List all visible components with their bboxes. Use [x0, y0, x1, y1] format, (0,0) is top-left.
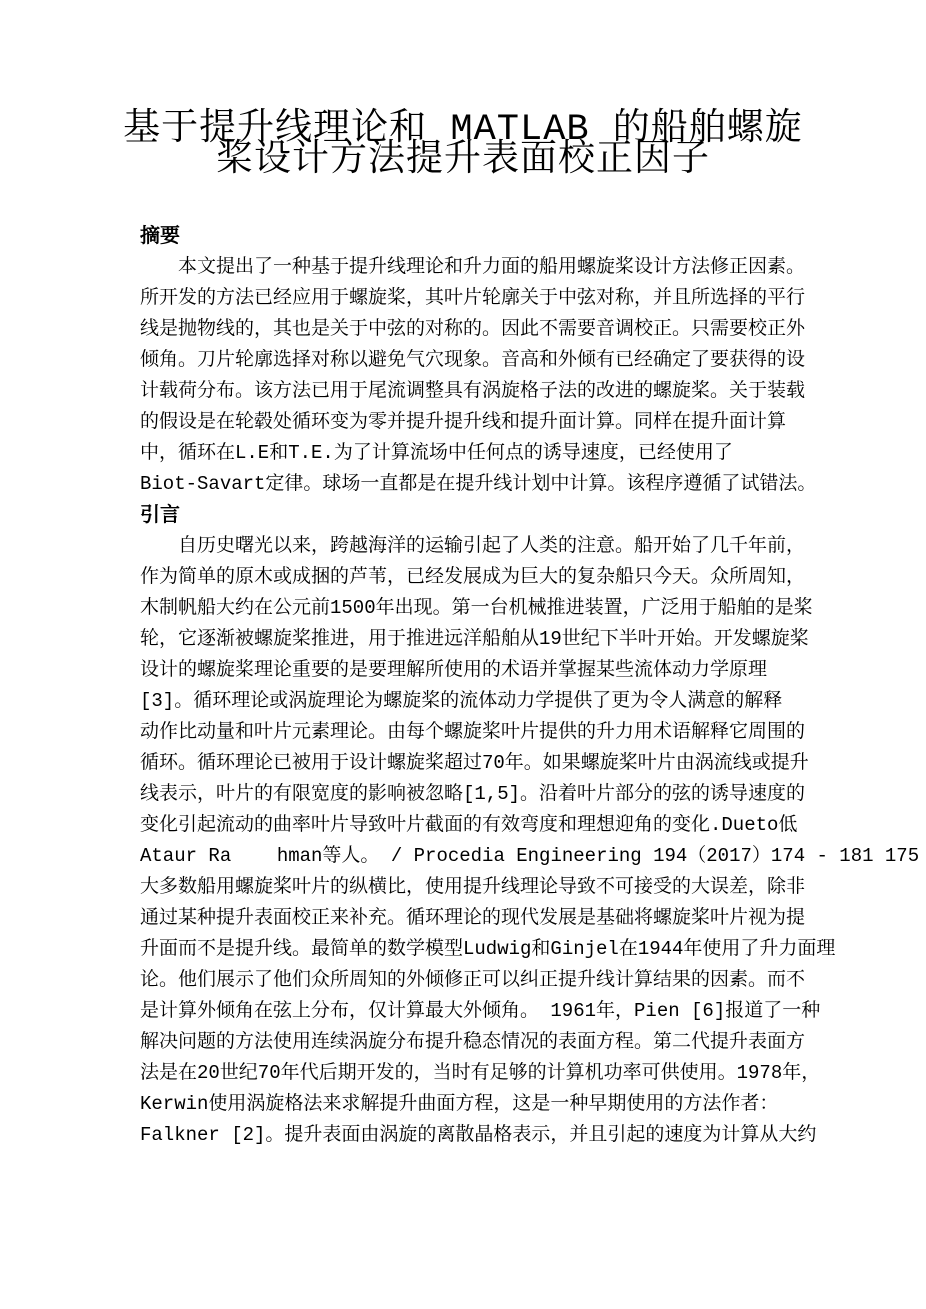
- abstract-line: 中，循环在L.E和T.E.为了计算流场中任何点的诱导速度，已经使用了: [140, 438, 790, 469]
- introduction-line: Ataur Ra hman等人。 / Procedia Engineering …: [140, 841, 790, 872]
- introduction-heading: 引言: [140, 500, 790, 531]
- introduction-line: [3]。循环理论或涡旋理论为螺旋桨的流体动力学提供了更为令人满意的解释: [140, 686, 790, 717]
- introduction-line: 解决问题的方法使用连续涡旋分布提升稳态情况的表面方程。第二代提升表面方: [140, 1027, 790, 1058]
- introduction-line: 轮，它逐渐被螺旋桨推进，用于推进远洋船舶从19世纪下半叶开始。开发螺旋桨: [140, 624, 790, 655]
- introduction-line: 通过某种提升表面校正来补充。循环理论的现代发展是基础将螺旋桨叶片视为提: [140, 903, 790, 934]
- introduction-line: 动作比动量和叶片元素理论。由每个螺旋桨叶片提供的升力用术语解释它周围的: [140, 717, 790, 748]
- introduction-line: 论。他们展示了他们众所周知的外倾修正可以纠正提升线计算结果的因素。而不: [140, 965, 790, 996]
- abstract-line: 倾角。刀片轮廓选择对称以避免气穴现象。音高和外倾有已经确定了要获得的设: [140, 345, 790, 376]
- introduction-line: 是计算外倾角在弦上分布，仅计算最大外倾角。 1961年，Pien [6]报道了一…: [140, 996, 790, 1027]
- introduction-line: 循环。循环理论已被用于设计螺旋桨超过70年。如果螺旋桨叶片由涡流线或提升: [140, 748, 790, 779]
- document-title: 基于提升线理论和 MATLAB 的船舶螺旋 桨设计方法提升表面校正因子: [0, 0, 926, 168]
- introduction-line: 变化引起流动的曲率叶片导致叶片截面的有效弯度和理想迎角的变化.Dueto低: [140, 810, 790, 841]
- introduction-line: 设计的螺旋桨理论重要的是要理解所使用的术语并掌握某些流体动力学原理: [140, 655, 790, 686]
- introduction-line: 升面而不是提升线。最简单的数学模型Ludwig和Ginjel在1944年使用了升…: [140, 934, 790, 965]
- introduction-line: 作为简单的原木或成捆的芦苇，已经发展成为巨大的复杂船只今天。众所周知，: [140, 562, 790, 593]
- introduction-line: 木制帆船大约在公元前1500年出现。第一台机械推进装置，广泛用于船舶的是桨: [140, 593, 790, 624]
- introduction-line: 大多数船用螺旋桨叶片的纵横比，使用提升线理论导致不可接受的大误差，除非: [140, 872, 790, 903]
- title-line: 基于提升线理论和 MATLAB 的船舶螺旋: [0, 106, 926, 137]
- introduction-line: 自历史曙光以来，跨越海洋的运输引起了人类的注意。船开始了几千年前，: [140, 531, 790, 562]
- abstract-line: 所开发的方法已经应用于螺旋桨，其叶片轮廓关于中弦对称，并且所选择的平行: [140, 283, 790, 314]
- abstract-line: 的假设是在轮毂处循环变为零并提升提升线和提升面计算。同样在提升面计算: [140, 407, 790, 438]
- document-page: 基于提升线理论和 MATLAB 的船舶螺旋 桨设计方法提升表面校正因子 摘要 本…: [0, 0, 926, 1309]
- abstract-line: 计载荷分布。该方法已用于尾流调整具有涡旋格子法的改进的螺旋桨。关于装载: [140, 376, 790, 407]
- abstract-line: Biot-Savart定律。球场一直都是在提升线计划中计算。该程序遵循了试错法。: [140, 469, 790, 500]
- introduction-line: Kerwin使用涡旋格法来求解提升曲面方程，这是一种早期使用的方法作者：: [140, 1089, 790, 1120]
- abstract-line: 本文提出了一种基于提升线理论和升力面的船用螺旋桨设计方法修正因素。: [140, 252, 790, 283]
- document-body: 摘要 本文提出了一种基于提升线理论和升力面的船用螺旋桨设计方法修正因素。 所开发…: [140, 221, 790, 1151]
- introduction-line: 法是在20世纪70年代后期开发的，当时有足够的计算机功率可供使用。1978年，: [140, 1058, 790, 1089]
- abstract-line: 线是抛物线的，其也是关于中弦的对称的。因此不需要音调校正。只需要校正外: [140, 314, 790, 345]
- introduction-line: 线表示，叶片的有限宽度的影响被忽略[1,5]。沿着叶片部分的弦的诱导速度的: [140, 779, 790, 810]
- introduction-line: Falkner [2]。提升表面由涡旋的离散晶格表示，并且引起的速度为计算从大约: [140, 1120, 790, 1151]
- abstract-heading: 摘要: [140, 221, 790, 252]
